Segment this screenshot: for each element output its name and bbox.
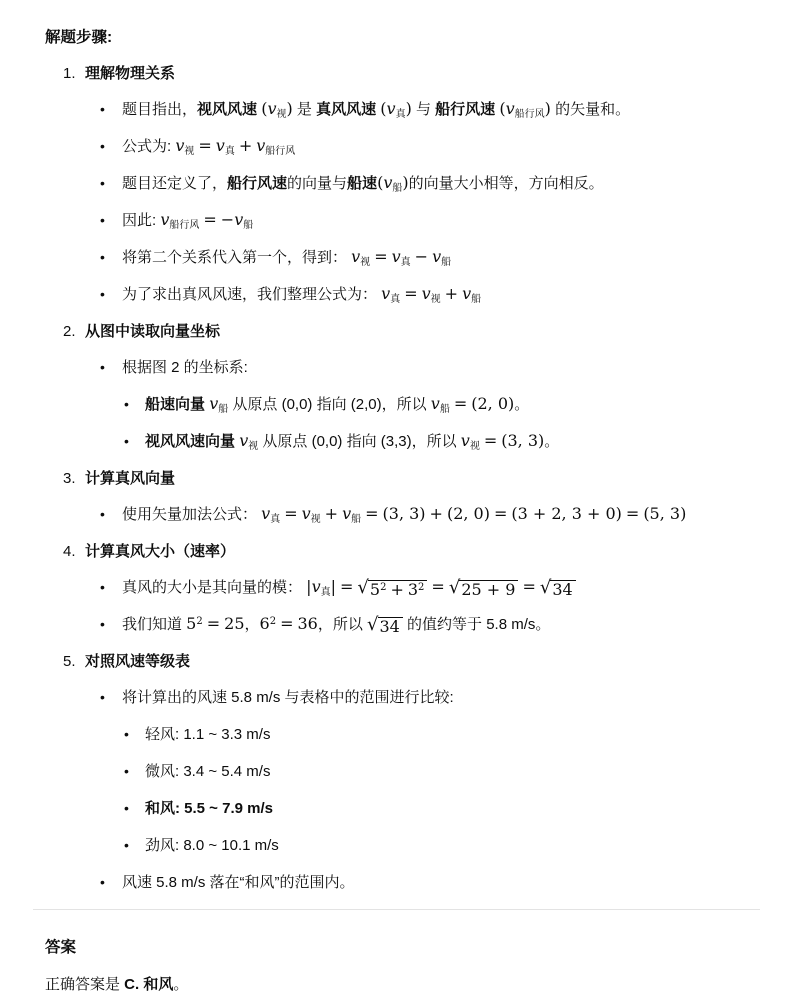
step-section: 1.理解物理关系•题目指出，视风风速 (v视) 是 真风风速 (v真) 与 船行… bbox=[45, 63, 748, 305]
step-title: 4.计算真风大小（速率） bbox=[45, 541, 748, 562]
step-title: 2.从图中读取向量坐标 bbox=[45, 321, 748, 342]
radical-icon: √ bbox=[449, 581, 460, 595]
bullet-icon: • bbox=[100, 614, 122, 635]
math-expression: v真=v视+v船=(3, 3)+(2, 0)=(3 + 2, 3 + 0)=(5… bbox=[261, 504, 686, 523]
bullet-icon: • bbox=[124, 394, 145, 415]
list-item: •真风的大小是其向量的模： |v真|=√52+32=√25 + 9=√34 bbox=[45, 577, 748, 598]
math-expression: (v视) bbox=[261, 99, 293, 118]
bullet-icon: • bbox=[100, 872, 122, 893]
step-section: 3.计算真风向量•使用矢量加法公式： v真=v视+v船=(3, 3)+(2, 0… bbox=[45, 468, 748, 525]
list-item: •风速 5.8 m/s 落在“和风”的范围内。 bbox=[45, 872, 748, 893]
list-item-text: 公式为: v视=v真+v船行风 bbox=[122, 136, 295, 157]
step-title-text: 从图中读取向量坐标 bbox=[85, 321, 220, 342]
radical-icon: √ bbox=[367, 618, 378, 632]
sqrt-expression: √25 + 9 bbox=[449, 580, 519, 598]
list-item: •将计算出的风速 5.8 m/s 与表格中的范围进行比较: bbox=[45, 687, 748, 708]
math-expression: v船=(2, 0) bbox=[431, 394, 514, 413]
bold-text: 船行风速 bbox=[227, 175, 287, 192]
steps-heading: 解题步骤: bbox=[45, 27, 748, 48]
math-expression: (v船行风) bbox=[499, 99, 551, 118]
list-item-text: 将第二个关系代入第一个，得到： v视=v真−v船 bbox=[122, 247, 451, 268]
list-item-text: 题目指出，视风风速 (v视) 是 真风风速 (v真) 与 船行风速 (v船行风)… bbox=[122, 99, 630, 120]
list-item-text: 劲风: 8.0 ~ 10.1 m/s bbox=[145, 835, 279, 856]
list-item: •为了求出真风风速，我们整理公式为： v真=v视+v船 bbox=[45, 284, 748, 305]
answer-heading: 答案 bbox=[45, 937, 748, 958]
list-item-text: 风速 5.8 m/s 落在“和风”的范围内。 bbox=[122, 872, 355, 893]
step-title: 3.计算真风向量 bbox=[45, 468, 748, 489]
bullet-icon: • bbox=[100, 687, 122, 708]
bullet-icon: • bbox=[100, 247, 122, 268]
bold-text: C. 和风 bbox=[124, 976, 173, 993]
step-number: 2. bbox=[63, 321, 85, 342]
list-item: •劲风: 8.0 ~ 10.1 m/s bbox=[45, 835, 748, 856]
bullet-icon: • bbox=[100, 504, 122, 525]
math-expression: v视=v真−v船 bbox=[351, 247, 451, 266]
list-item-text: 船速向量 v船 从原点 (0,0) 指向 (2,0)，所以 v船=(2, 0)。 bbox=[145, 394, 529, 415]
sqrt-expression: √52+32 bbox=[357, 580, 427, 598]
list-item-text: 微风: 3.4 ~ 5.4 m/s bbox=[145, 761, 270, 782]
math-expression: (v船) bbox=[377, 173, 409, 192]
bold-text: 真风风速 bbox=[316, 101, 376, 118]
step-section: 2.从图中读取向量坐标•根据图 2 的坐标系:•船速向量 v船 从原点 (0,0… bbox=[45, 321, 748, 452]
list-item: •因此: v船行风=−v船 bbox=[45, 210, 748, 231]
list-item: •我们知道 52=25，62=36，所以 √34 的值约等于 5.8 m/s。 bbox=[45, 614, 748, 635]
list-item: •题目还定义了，船行风速的向量与船速(v船)的向量大小相等，方向相反。 bbox=[45, 173, 748, 194]
bold-text: 视风风速 bbox=[197, 101, 257, 118]
step-title-text: 对照风速等级表 bbox=[85, 651, 190, 672]
step-title: 1.理解物理关系 bbox=[45, 63, 748, 84]
bold-text: 和风: 5.5 ~ 7.9 m/s bbox=[145, 800, 273, 817]
list-item-text: 为了求出真风风速，我们整理公式为： v真=v视+v船 bbox=[122, 284, 481, 305]
step-number: 3. bbox=[63, 468, 85, 489]
step-title-text: 理解物理关系 bbox=[85, 63, 175, 84]
list-item: •视风风速向量 v视 从原点 (0,0) 指向 (3,3)，所以 v视=(3, … bbox=[45, 431, 748, 452]
bullet-icon: • bbox=[100, 173, 122, 194]
list-item: •和风: 5.5 ~ 7.9 m/s bbox=[45, 798, 748, 819]
math-expression: 62=36 bbox=[260, 614, 318, 633]
list-item-text: 将计算出的风速 5.8 m/s 与表格中的范围进行比较: bbox=[122, 687, 454, 708]
bullet-icon: • bbox=[100, 357, 122, 378]
math-expression: 52+32 bbox=[370, 580, 425, 599]
steps-list: 1.理解物理关系•题目指出，视风风速 (v视) 是 真风风速 (v真) 与 船行… bbox=[45, 63, 748, 893]
list-item: •将第二个关系代入第一个，得到： v视=v真−v船 bbox=[45, 247, 748, 268]
list-item-text: 根据图 2 的坐标系: bbox=[122, 357, 248, 378]
math-expression: (v真) bbox=[380, 99, 412, 118]
math-expression: v视=(3, 3) bbox=[461, 431, 544, 450]
list-item: •船速向量 v船 从原点 (0,0) 指向 (2,0)，所以 v船=(2, 0)… bbox=[45, 394, 748, 415]
step-title: 5.对照风速等级表 bbox=[45, 651, 748, 672]
bullet-icon: • bbox=[100, 136, 122, 157]
step-number: 4. bbox=[63, 541, 85, 562]
radical-icon: √ bbox=[357, 581, 368, 595]
list-item-text: 真风的大小是其向量的模： |v真|=√52+32=√25 + 9=√34 bbox=[122, 577, 576, 598]
math-expression: v真=v视+v船 bbox=[381, 284, 481, 303]
bold-text: 船速 bbox=[347, 175, 377, 192]
list-item: •公式为: v视=v真+v船行风 bbox=[45, 136, 748, 157]
list-item-text: 我们知道 52=25，62=36，所以 √34 的值约等于 5.8 m/s。 bbox=[122, 614, 550, 635]
bullet-icon: • bbox=[124, 798, 145, 819]
bold-text: 船速向量 bbox=[145, 396, 205, 413]
answer-text: 正确答案是 C. 和风。 bbox=[45, 974, 748, 995]
radical-icon: √ bbox=[540, 581, 551, 595]
bold-text: 船行风速 bbox=[435, 101, 495, 118]
list-item: •轻风: 1.1 ~ 3.3 m/s bbox=[45, 724, 748, 745]
bullet-icon: • bbox=[100, 577, 122, 598]
step-section: 5.对照风速等级表•将计算出的风速 5.8 m/s 与表格中的范围进行比较:•轻… bbox=[45, 651, 748, 893]
list-item: •使用矢量加法公式： v真=v视+v船=(3, 3)+(2, 0)=(3 + 2… bbox=[45, 504, 748, 525]
list-item-text: 题目还定义了，船行风速的向量与船速(v船)的向量大小相等，方向相反。 bbox=[122, 173, 604, 194]
solution-document: 解题步骤: 1.理解物理关系•题目指出，视风风速 (v视) 是 真风风速 (v真… bbox=[0, 0, 793, 999]
list-item-text: 轻风: 1.1 ~ 3.3 m/s bbox=[145, 724, 270, 745]
step-title-text: 计算真风大小（速率） bbox=[85, 541, 235, 562]
bullet-icon: • bbox=[100, 99, 122, 120]
math-expression: √34 bbox=[367, 614, 403, 633]
list-item-text: 和风: 5.5 ~ 7.9 m/s bbox=[145, 798, 273, 819]
bullet-icon: • bbox=[100, 210, 122, 231]
math-expression: |v真|=√52+32=√25 + 9=√34 bbox=[306, 577, 576, 596]
math-expression: 34 bbox=[380, 617, 400, 636]
list-item: •题目指出，视风风速 (v视) 是 真风风速 (v真) 与 船行风速 (v船行风… bbox=[45, 99, 748, 120]
list-item-text: 视风风速向量 v视 从原点 (0,0) 指向 (3,3)，所以 v视=(3, 3… bbox=[145, 431, 559, 452]
step-number: 1. bbox=[63, 63, 85, 84]
math-expression: v船行风=−v船 bbox=[160, 210, 253, 229]
bullet-icon: • bbox=[124, 724, 145, 745]
bullet-icon: • bbox=[124, 835, 145, 856]
bullet-icon: • bbox=[124, 761, 145, 782]
list-item: •微风: 3.4 ~ 5.4 m/s bbox=[45, 761, 748, 782]
math-expression: v船 bbox=[209, 394, 228, 413]
math-expression: 34 bbox=[552, 580, 572, 599]
step-section: 4.计算真风大小（速率）•真风的大小是其向量的模： |v真|=√52+32=√2… bbox=[45, 541, 748, 635]
list-item-text: 使用矢量加法公式： v真=v视+v船=(3, 3)+(2, 0)=(3 + 2,… bbox=[122, 504, 686, 525]
bold-text: 视风风速向量 bbox=[145, 433, 235, 450]
section-divider bbox=[33, 909, 760, 910]
sqrt-expression: √34 bbox=[540, 580, 576, 598]
list-item: •根据图 2 的坐标系: bbox=[45, 357, 748, 378]
step-title-text: 计算真风向量 bbox=[85, 468, 175, 489]
math-expression: v视=v真+v船行风 bbox=[175, 136, 295, 155]
math-expression: v视 bbox=[239, 431, 258, 450]
bullet-icon: • bbox=[100, 284, 122, 305]
step-number: 5. bbox=[63, 651, 85, 672]
math-expression: 25 + 9 bbox=[461, 580, 515, 599]
math-expression: 52=25 bbox=[186, 614, 244, 633]
sqrt-expression: √34 bbox=[367, 617, 403, 635]
list-item-text: 因此: v船行风=−v船 bbox=[122, 210, 253, 231]
bullet-icon: • bbox=[124, 431, 145, 452]
